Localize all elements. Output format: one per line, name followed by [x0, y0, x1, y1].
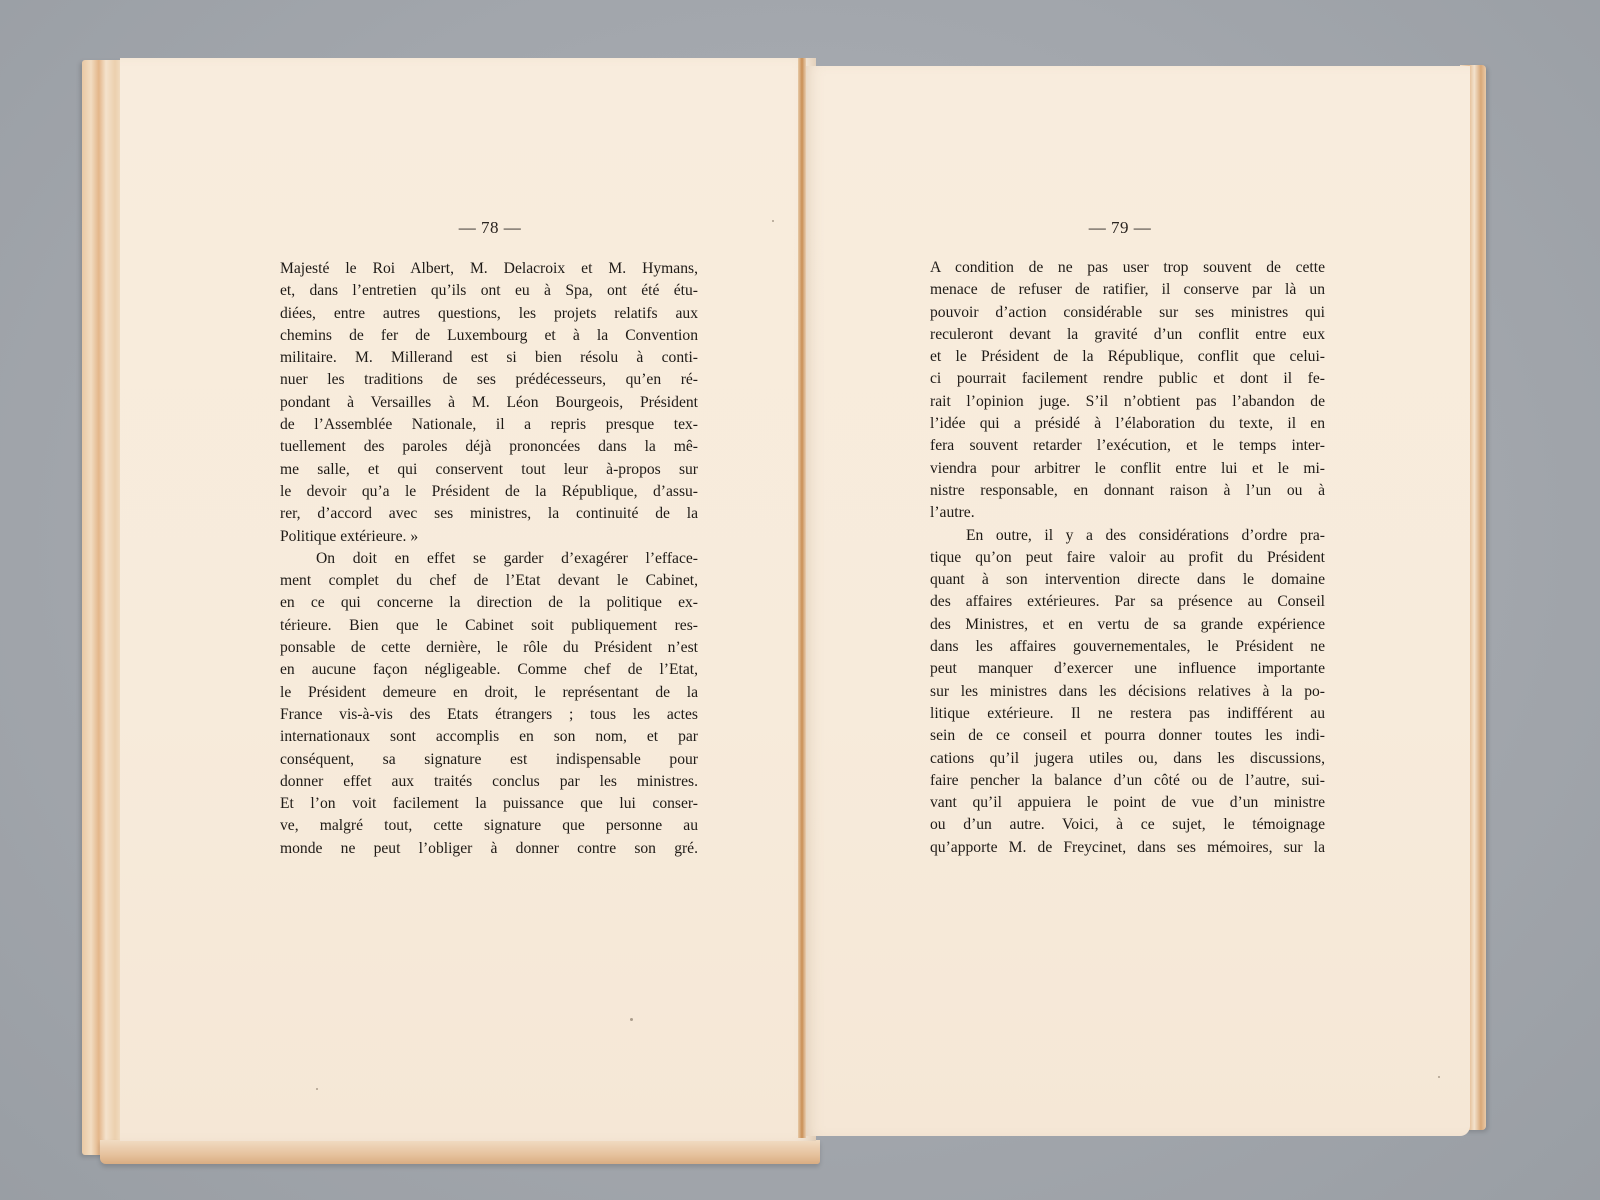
text-line: ment complet du chef de l’Etat devant le…	[280, 570, 698, 592]
text-line: conséquent, sa signature est indispensab…	[280, 749, 698, 771]
text-line: fera souvent retarder l’exécution, et le…	[930, 435, 1325, 457]
text-line: France vis-à-vis des Etats étrangers ; t…	[280, 704, 698, 726]
text-line: ou d’un autre. Voici, à ce sujet, le tém…	[930, 814, 1325, 836]
text-line: vant qu’il appuiera le point de vue d’un…	[930, 792, 1325, 814]
text-line: l’autre.	[930, 502, 1325, 524]
paper-speck	[772, 220, 774, 222]
text-line: dans les affaires gouvernementales, le P…	[930, 636, 1325, 658]
text-line: qu’apporte M. de Freycinet, dans ses mém…	[930, 837, 1325, 859]
text-line: tuellement des paroles déjà prononcées d…	[280, 436, 698, 458]
paragraph-start-line: On doit en effet se garder d’exagérer l’…	[280, 548, 698, 570]
text-line: ponsable de cette dernière, le rôle du P…	[280, 637, 698, 659]
paper-speck	[1438, 1076, 1440, 1078]
text-line: nuer les traditions de ses prédécesseurs…	[280, 369, 698, 391]
open-book: — 78 — — 79 — Majesté le Roi Albert, M. …	[0, 0, 1600, 1200]
text-line: l’idée qui a présidé à l’élaboration du …	[930, 413, 1325, 435]
text-line: le Président demeure en droit, le représ…	[280, 682, 698, 704]
text-line: reculeront devant la gravité d’un confli…	[930, 324, 1325, 346]
text-line: sein de ce conseil et pourra donner tout…	[930, 725, 1325, 747]
left-page-body-text: Majesté le Roi Albert, M. Delacroix et M…	[280, 258, 698, 860]
text-line: Et l’on voit facilement la puissance que…	[280, 793, 698, 815]
text-line: en ce qui concerne la direction de la po…	[280, 592, 698, 614]
text-line: litique extérieure. Il ne restera pas in…	[930, 703, 1325, 725]
text-line: des affaires extérieures. Par sa présenc…	[930, 591, 1325, 613]
text-line: pouvoir d’action considérable sur ses mi…	[930, 302, 1325, 324]
text-line: Majesté le Roi Albert, M. Delacroix et M…	[280, 258, 698, 280]
paper-speck	[316, 1088, 318, 1090]
text-line: en aucune façon négligeable. Comme chef …	[280, 659, 698, 681]
right-page-body-text: A condition de ne pas user trop souvent …	[930, 257, 1325, 859]
text-line: chemins de fer de Luxembourg et à la Con…	[280, 325, 698, 347]
text-line: militaire. M. Millerand est si bien réso…	[280, 347, 698, 369]
text-line: diées, entre autres questions, les proje…	[280, 303, 698, 325]
text-line: de l’Assemblée Nationale, il a repris pr…	[280, 414, 698, 436]
text-line: rer, d’accord avec ses ministres, la con…	[280, 503, 698, 525]
text-line: quant à son intervention directe dans le…	[930, 569, 1325, 591]
text-line: me salle, et qui conservent tout leur à-…	[280, 459, 698, 481]
text-line: faire pencher la balance d’un côté ou de…	[930, 770, 1325, 792]
text-line: cations qu’il jugera utiles ou, dans les…	[930, 748, 1325, 770]
text-line: tique qu’on peut faire valoir au profit …	[930, 547, 1325, 569]
text-line: et le Président de la République, confli…	[930, 346, 1325, 368]
text-line: ve, malgré tout, cette signature que per…	[280, 815, 698, 837]
page-number-right: — 79 —	[1050, 218, 1190, 238]
text-line: pondant à Versailles à M. Léon Bourgeois…	[280, 392, 698, 414]
text-line: nistre responsable, en donnant raison à …	[930, 480, 1325, 502]
text-line: ci pourrait facilement rendre public et …	[930, 368, 1325, 390]
page-number-left: — 78 —	[420, 218, 560, 238]
text-line: menace de refuser de ratifier, il conser…	[930, 279, 1325, 301]
text-line: internationaux sont accomplis en son nom…	[280, 726, 698, 748]
text-line: viendra pour arbitrer le conflit entre l…	[930, 458, 1325, 480]
text-line: A condition de ne pas user trop souvent …	[930, 257, 1325, 279]
paper-speck	[630, 1018, 633, 1021]
text-line: peut manquer d’exercer une influence imp…	[930, 658, 1325, 680]
book-gutter	[798, 58, 806, 1138]
text-line: et, dans l’entretien qu’ils ont eu à Spa…	[280, 280, 698, 302]
left-page-bottom-edges	[100, 1140, 820, 1164]
text-line: rait l’opinion juge. S’il n’obtient pas …	[930, 391, 1325, 413]
text-line: monde ne peut l’obliger à donner contre …	[280, 838, 698, 860]
text-line: le devoir qu’a le Président de la Républ…	[280, 481, 698, 503]
text-line: sur les ministres dans les décisions rel…	[930, 681, 1325, 703]
text-line: Politique extérieure. »	[280, 526, 698, 548]
text-line: térieure. Bien que le Cabinet soit publi…	[280, 615, 698, 637]
text-line: des Ministres, et en vertu de sa grande …	[930, 614, 1325, 636]
text-line: donner effet aux traités conclus par les…	[280, 771, 698, 793]
paragraph-start-line: En outre, il y a des considérations d’or…	[930, 525, 1325, 547]
